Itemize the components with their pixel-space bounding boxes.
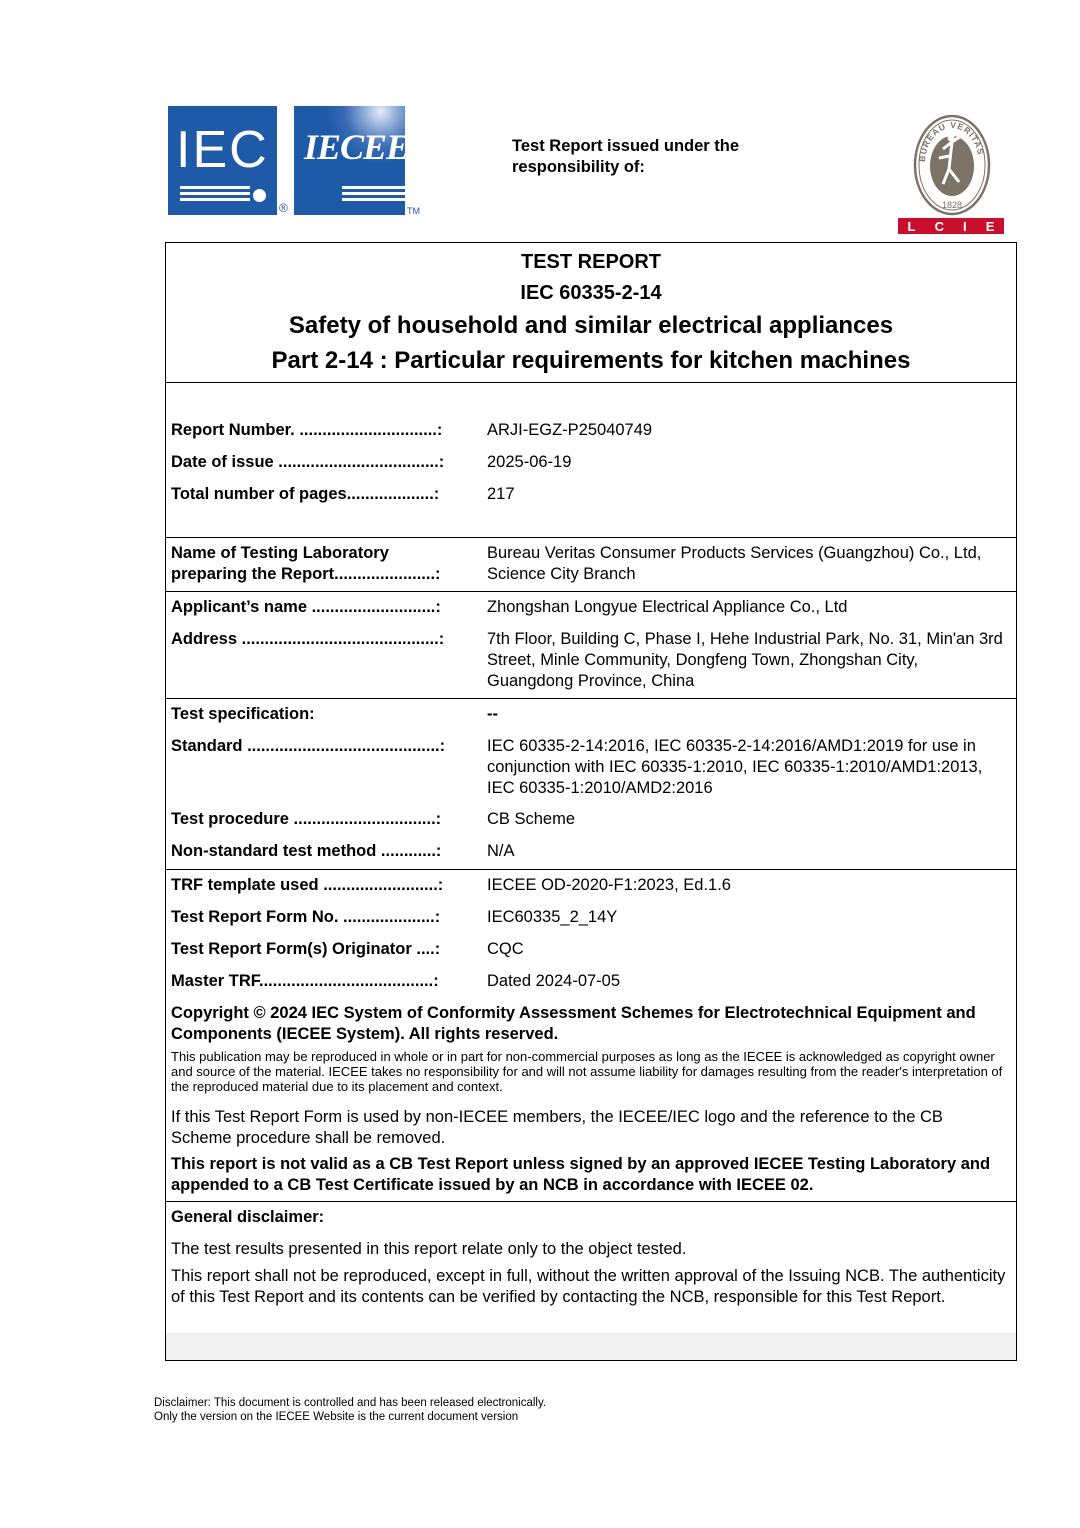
bureau-veritas-logo: BUREAU VERITAS 1828 bbox=[913, 114, 991, 216]
general-disclaimer-para2: This report shall not be reproduced, exc… bbox=[171, 1266, 1006, 1308]
laboratory-value: Bureau Veritas Consumer Products Service… bbox=[487, 543, 1003, 585]
general-disclaimer-section: General disclaimer: The test results pre… bbox=[166, 1201, 1016, 1336]
report-number-value: ARJI-EGZ-P25040749 bbox=[487, 420, 1003, 441]
lcie-letter: E bbox=[986, 219, 995, 234]
report-title: TEST REPORT bbox=[166, 251, 1016, 274]
document-footer: Disclaimer: This document is controlled … bbox=[154, 1396, 546, 1424]
trf-originator-value: CQC bbox=[487, 939, 1003, 960]
general-disclaimer-heading: General disclaimer: bbox=[171, 1207, 1006, 1228]
laboratory-section: Name of Testing Laboratory preparing the… bbox=[166, 537, 1016, 592]
general-disclaimer-para1: The test results presented in this repor… bbox=[171, 1239, 1006, 1260]
address-label: Address ................................… bbox=[171, 629, 471, 650]
copyright-notice: This publication may be reproduced in wh… bbox=[171, 1049, 1006, 1094]
report-standard: IEC 60335-2-14 bbox=[166, 282, 1016, 305]
validity-notice: This report is not valid as a CB Test Re… bbox=[171, 1154, 1006, 1196]
registered-mark: ® bbox=[279, 201, 288, 215]
iec-logo-line bbox=[180, 192, 250, 195]
trf-form-no-label: Test Report Form No. ...................… bbox=[171, 907, 471, 928]
footer-gray-bar bbox=[166, 1333, 1016, 1360]
laboratory-label: Name of Testing Laboratory preparing the… bbox=[171, 543, 471, 585]
footer-disclaimer-line2: Only the version on the IECEE Website is… bbox=[154, 1410, 546, 1424]
applicant-section: Applicant’s name .......................… bbox=[166, 591, 1016, 699]
iecee-logo-line bbox=[342, 186, 405, 189]
test-specification-value: -- bbox=[487, 704, 1003, 725]
iecee-logo-text: IECEE bbox=[304, 126, 405, 168]
laboratory-label-line1: Name of Testing Laboratory bbox=[171, 544, 389, 562]
iec-logo-line bbox=[180, 198, 250, 201]
lcie-letter: I bbox=[963, 219, 967, 234]
report-title-section: TEST REPORT IEC 60335-2-14 Safety of hou… bbox=[166, 243, 1016, 383]
iec-logo: IEC bbox=[168, 106, 277, 215]
report-subject: Safety of household and similar electric… bbox=[166, 312, 1016, 340]
trf-originator-label: Test Report Form(s) Originator ....: bbox=[171, 939, 471, 960]
trf-template-value: IECEE OD-2020-F1:2023, Ed.1.6 bbox=[487, 875, 1003, 896]
date-of-issue-label: Date of issue ..........................… bbox=[171, 452, 471, 473]
trademark-mark: TM bbox=[407, 206, 420, 216]
footer-disclaimer-line1: Disclaimer: This document is controlled … bbox=[154, 1396, 546, 1410]
master-trf-value: Dated 2024-07-05 bbox=[487, 971, 1003, 992]
non-standard-method-value: N/A bbox=[487, 841, 1003, 862]
laboratory-label-line2: preparing the Report....................… bbox=[171, 565, 441, 583]
report-info-section: Report Number. .........................… bbox=[166, 382, 1016, 538]
total-pages-value: 217 bbox=[487, 484, 1003, 505]
issued-under-text: Test Report issued under the responsibil… bbox=[512, 136, 792, 178]
test-procedure-value: CB Scheme bbox=[487, 809, 1003, 830]
iec-logo-line bbox=[180, 186, 250, 189]
lcie-letter: L bbox=[908, 219, 916, 234]
lcie-logo: L C I E bbox=[898, 218, 1004, 234]
test-specification-label: Test specification: bbox=[171, 704, 471, 725]
test-report-box: TEST REPORT IEC 60335-2-14 Safety of hou… bbox=[165, 242, 1017, 1361]
iec-logo-text: IEC bbox=[176, 124, 269, 176]
total-pages-label: Total number of pages...................… bbox=[171, 484, 471, 505]
applicant-name-label: Applicant’s name .......................… bbox=[171, 597, 471, 618]
iec-logo-dot bbox=[253, 189, 266, 202]
test-specification-section: Test specification: -- Standard ........… bbox=[166, 698, 1016, 870]
report-part: Part 2-14 : Particular requirements for … bbox=[166, 347, 1016, 375]
address-value: 7th Floor, Building C, Phase I, Hehe Ind… bbox=[487, 629, 1003, 692]
non-member-notice: If this Test Report Form is used by non-… bbox=[171, 1107, 1006, 1149]
standard-value: IEC 60335-2-14:2016, IEC 60335-2-14:2016… bbox=[487, 736, 1003, 799]
iecee-logo: IECEE bbox=[294, 106, 405, 215]
lcie-letter: C bbox=[935, 219, 944, 234]
trf-form-no-value: IEC60335_2_14Y bbox=[487, 907, 1003, 928]
iecee-logo-line bbox=[342, 192, 405, 195]
applicant-name-value: Zhongshan Longyue Electrical Appliance C… bbox=[487, 597, 1003, 618]
non-standard-method-label: Non-standard test method ............: bbox=[171, 841, 471, 862]
test-procedure-label: Test procedure .........................… bbox=[171, 809, 471, 830]
date-of-issue-value: 2025-06-19 bbox=[487, 452, 1003, 473]
trf-section: TRF template used ......................… bbox=[166, 869, 1016, 1202]
copyright-heading: Copyright © 2024 IEC System of Conformit… bbox=[171, 1003, 1006, 1045]
report-number-label: Report Number. .........................… bbox=[171, 420, 471, 441]
master-trf-label: Master TRF..............................… bbox=[171, 971, 471, 992]
standard-label: Standard ...............................… bbox=[171, 736, 471, 757]
bv-logo-year: 1828 bbox=[942, 200, 962, 210]
trf-template-label: TRF template used ......................… bbox=[171, 875, 471, 896]
iecee-logo-line bbox=[342, 198, 405, 201]
